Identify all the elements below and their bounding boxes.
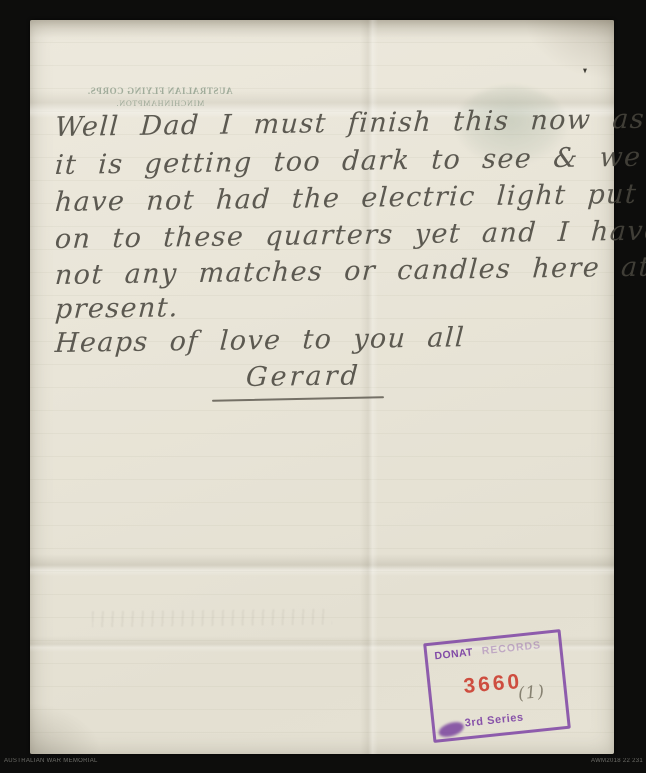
letterhead-line2: MINCHINHAMPTON. [85,99,235,108]
signature: Gerard [245,360,361,393]
archive-caption-left: AUSTRALIAN WAR MEMORIAL [4,758,98,764]
handwritten-line: it is getting too dark to see & we [54,142,642,181]
signature-underline [212,396,384,402]
stamp-title-faint: RECORDS [481,639,541,657]
archive-caption-right: AWM2018 22 231 [591,758,643,764]
stamp-title-strong: DONAT [434,646,474,662]
pencil-smudge [92,609,332,628]
letterhead-line1: AUSTRALIAN FLYING CORPS. [85,86,235,96]
pencil-item-number: (1) [517,682,546,705]
paper-flaw-mark: ▾ [583,65,587,76]
letter-paper: AUSTRALIAN FLYING CORPS. MINCHINHAMPTON.… [30,20,614,754]
handwritten-line: not any matches or candles here at [54,252,646,291]
bottom-left-corner-shadow [30,704,100,754]
top-right-corner-shadow [524,20,614,80]
handwritten-line: on to these quarters yet and I have [54,216,646,255]
stamp-ink-blob [437,719,466,739]
horizontal-crease-middle [30,554,614,576]
top-edge-fold [30,20,614,38]
donated-records-stamp: DONATRECORDS 3660 3rd Series [423,629,571,743]
scanned-letter-page: AUSTRALIAN FLYING CORPS. MINCHINHAMPTON.… [0,0,646,773]
stamp-title: DONATRECORDS [434,638,557,663]
handwritten-line: have not had the electric light put [54,179,638,218]
stamp-series-label: 3rd Series [464,707,567,730]
handwritten-line: Heaps of love to you all [54,322,466,359]
handwritten-line: present. [54,292,180,325]
letterhead-bleedthrough: AUSTRALIAN FLYING CORPS. MINCHINHAMPTON. [85,86,235,108]
